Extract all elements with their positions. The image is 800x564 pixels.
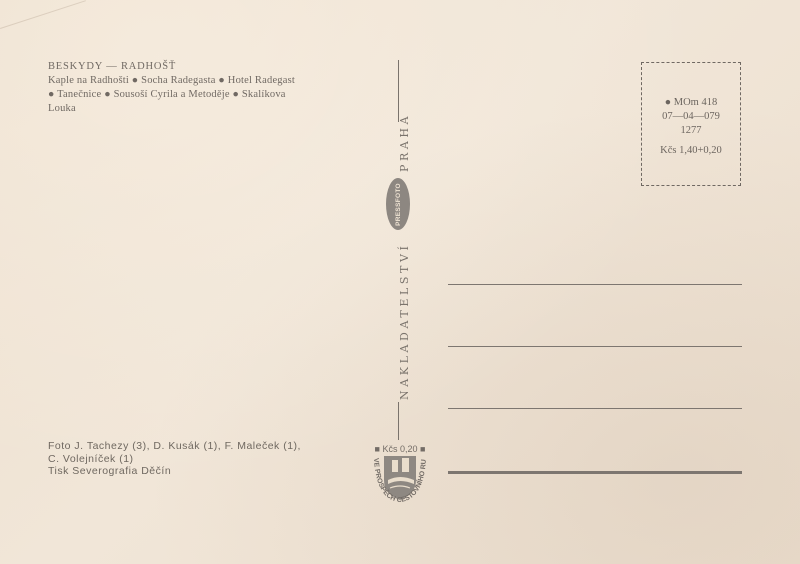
credits-line: C. Volejníček (1) (48, 453, 368, 466)
caption-line: ● Tanečnice ● Sousoší Cyrila a Metoděje … (48, 88, 368, 102)
caption-block: BESKYDY — RADHOŠŤ Kaple na Radhošti ● So… (48, 60, 368, 116)
pressfoto-logo-icon: PRESSFOTO (386, 178, 410, 230)
emblem-price: ■ Kčs 0,20 ■ (375, 444, 426, 454)
stamp-code: ● MOm 418 (642, 97, 740, 108)
caption-line: Louka (48, 102, 368, 116)
address-line (448, 284, 742, 285)
credits-line: Tisk Severografia Děčín (48, 465, 368, 478)
divider-bottom (398, 402, 399, 440)
address-line (448, 346, 742, 347)
stamp-box: ● MOm 418 07—04—079 1277 Kčs 1,40+0,20 (641, 62, 741, 186)
caption-line: Kaple na Radhošti ● Socha Radegasta ● Ho… (48, 74, 368, 88)
caption-title: BESKYDY — RADHOŠŤ (48, 60, 368, 74)
tourism-emblem-icon: ■ Kčs 0,20 ■ VE PROSPĚCH CESTOVNÍHO RUCH… (362, 442, 438, 504)
address-line (448, 408, 742, 409)
stamp-number: 07—04—079 (642, 111, 740, 122)
credits-block: Foto J. Tachezy (3), D. Kusák (1), F. Ma… (48, 440, 368, 478)
address-line (448, 471, 742, 474)
publisher-name: NAKLADATELSTVÍ (398, 243, 411, 400)
stamp-serial: 1277 (642, 125, 740, 136)
credits-line: Foto J. Tachezy (3), D. Kusák (1), F. Ma… (48, 440, 368, 453)
publisher-city: PRAHA (398, 113, 411, 172)
pressfoto-logo-text: PRESSFOTO (395, 183, 402, 226)
stamp-price: Kčs 1,40+0,20 (642, 145, 740, 156)
